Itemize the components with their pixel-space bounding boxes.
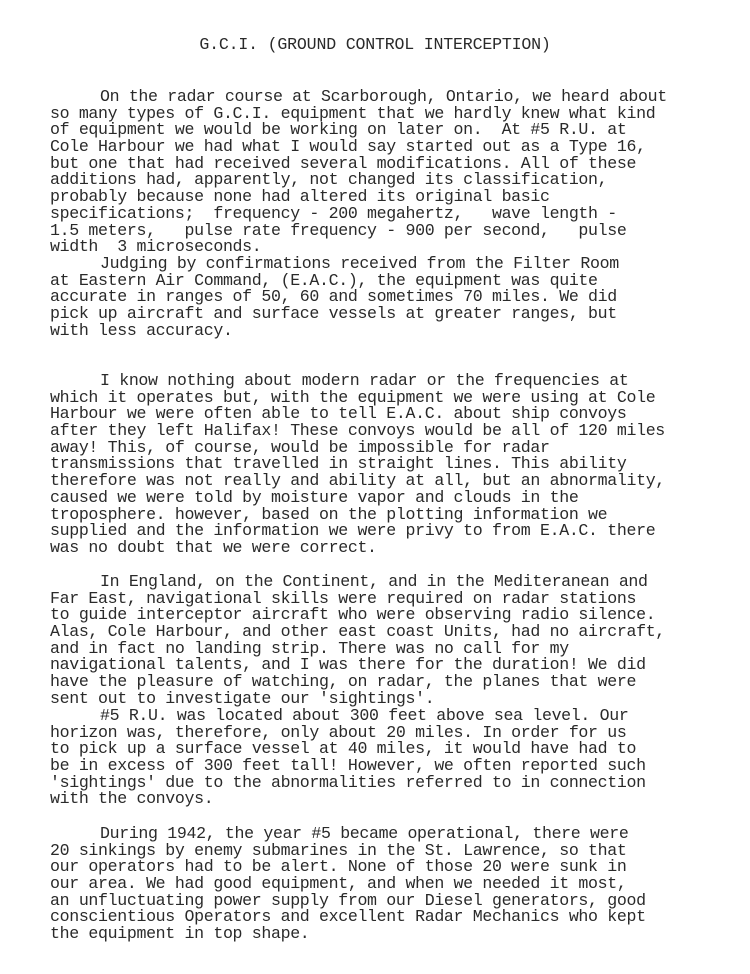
text-line: with the convoys. [50, 791, 740, 808]
paragraph-1: On the radar course at Scarborough, Onta… [50, 89, 740, 256]
paragraph-5: #5 R.U. was located about 300 feet above… [50, 708, 740, 808]
paragraph-2: Judging by confirmations received from t… [50, 256, 740, 339]
text-line: was no doubt that we were correct. [50, 540, 740, 557]
paragraph-3: I know nothing about modern radar or the… [50, 373, 740, 557]
text-line: with less accuracy. [50, 323, 740, 340]
paragraph-4: In England, on the Continent, and in the… [50, 574, 740, 708]
document-title: G.C.I. (GROUND CONTROL INTERCEPTION) [0, 37, 750, 54]
document-page: G.C.I. (GROUND CONTROL INTERCEPTION) On … [0, 0, 750, 974]
paragraph-6: During 1942, the year #5 became operatio… [50, 826, 740, 943]
text-line: the equipment in top shape. [50, 926, 740, 943]
text-line: specifications; frequency - 200 megahert… [50, 206, 740, 223]
text-line: caused we were told by moisture vapor an… [50, 490, 740, 507]
text-line: sent out to investigate our 'sightings'. [50, 691, 740, 708]
